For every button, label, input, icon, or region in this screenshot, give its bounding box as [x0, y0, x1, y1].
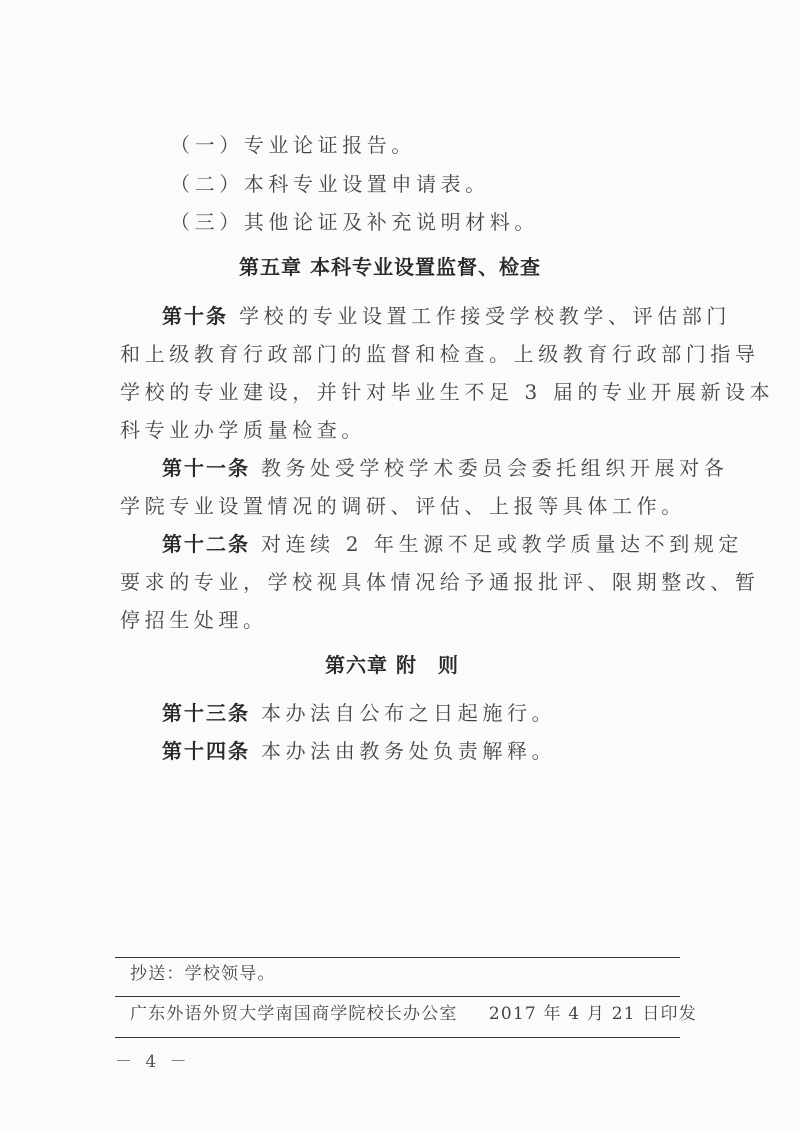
list-item-1: （一）专业论证报告。: [170, 133, 416, 157]
article-10-text-1: 学校的专业设置工作接受学校教学、评估部门: [239, 304, 731, 328]
article-14-line: 第十四条 本办法由教务处负责解释。: [162, 739, 556, 763]
article-11-text-1: 教务处受学校学术委员会委托组织开展对各: [261, 456, 728, 480]
chapter-6-heading: 第六章 附 则: [325, 653, 459, 677]
issuer-line: 广东外语外贸大学南国商学院校长办公室 2017 年 4 月 21 日印发: [130, 1003, 697, 1025]
issuer-name: 广东外语外贸大学南国商学院校长办公室: [130, 1004, 458, 1024]
list-item-3: （三）其他论证及补充说明材料。: [170, 210, 539, 234]
article-12-line-1: 第十二条 对连续 2 年生源不足或教学质量达不到规定: [162, 532, 743, 556]
article-10-line-2: 和上级教育行政部门的监督和检查。上级教育行政部门指导: [120, 342, 760, 366]
article-11-line-2: 学院专业设置情况的调研、评估、上报等具体工作。: [120, 494, 686, 518]
article-13-text: 本办法自公布之日起施行。: [261, 701, 556, 725]
article-11-line-1: 第十一条 教务处受学校学术委员会委托组织开展对各: [162, 456, 728, 480]
article-12-line-3: 停招生处理。: [120, 608, 268, 632]
footer-rule-bottom: [115, 1037, 680, 1038]
chapter-5-heading: 第五章 本科专业设置监督、检查: [239, 255, 541, 279]
article-13-line: 第十三条 本办法自公布之日起施行。: [162, 701, 556, 725]
footer-rule-middle: [115, 996, 680, 997]
article-14-label: 第十四条: [162, 739, 250, 763]
article-10-label: 第十条: [162, 304, 228, 328]
article-12-label: 第十二条: [162, 532, 250, 556]
article-10-line-1: 第十条 学校的专业设置工作接受学校教学、评估部门: [162, 304, 731, 328]
article-14-text: 本办法由教务处负责解释。: [261, 739, 556, 763]
footer-rule-top: [115, 957, 680, 958]
article-10-line-4: 科专业办学质量检查。: [120, 418, 366, 442]
issue-date: 2017 年 4 月 21 日印发: [489, 1004, 697, 1024]
article-11-label: 第十一条: [162, 456, 250, 480]
article-13-label: 第十三条: [162, 701, 250, 725]
article-10-line-3: 学校的专业建设，并针对毕业生不足 3 届的专业开展新设本: [120, 380, 774, 404]
cc-line: 抄送：学校领导。: [130, 963, 276, 985]
page-number: － 4 －: [115, 1047, 191, 1072]
article-12-text-1: 对连续 2 年生源不足或教学质量达不到规定: [261, 532, 743, 556]
list-item-2: （二）本科专业设置申请表。: [170, 172, 490, 196]
article-12-line-2: 要求的专业，学校视具体情况给予通报批评、限期整改、暂: [120, 570, 760, 594]
